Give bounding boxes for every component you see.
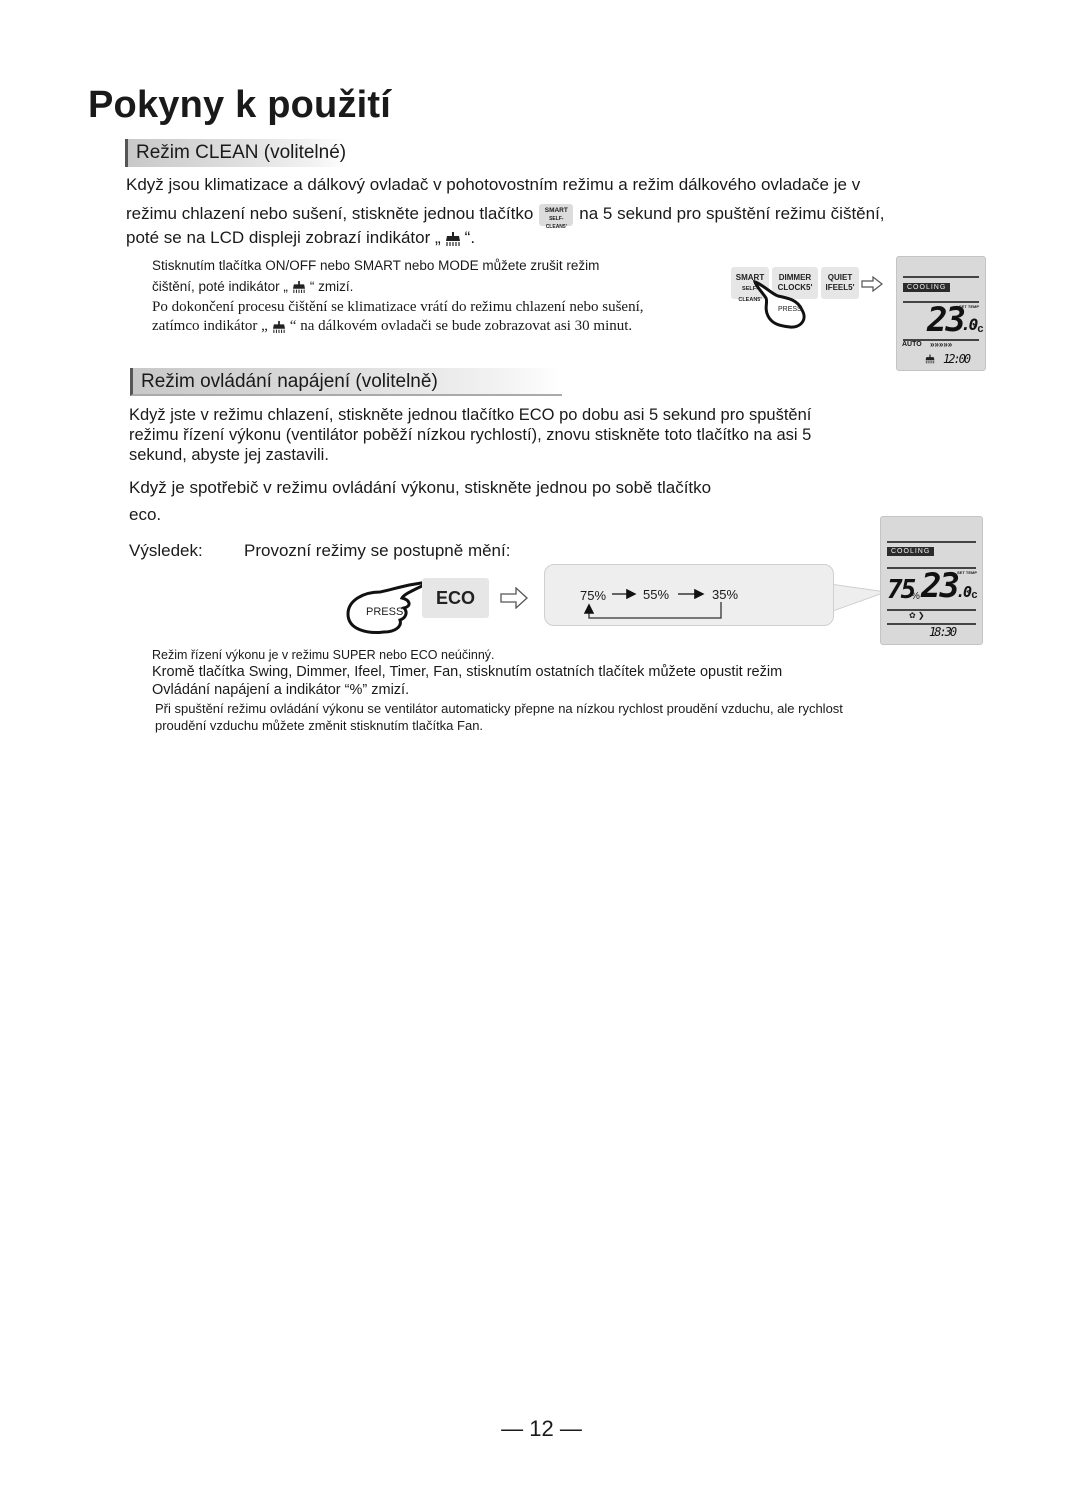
button-label: QUIET [828, 273, 852, 282]
smart-label: SMART [545, 207, 568, 214]
section-heading-clean: Režim CLEAN (volitelné) [125, 139, 347, 167]
clean-paragraph-line2: režimu chlazení nebo sušení, stiskněte j… [126, 202, 885, 226]
clean-paragraph-text: poté se na LCD displeji zobrazí indikáto… [126, 228, 441, 247]
lcd-fan-mode: AUTO [902, 341, 922, 348]
clean-note2-line1: Po dokončení procesu čištění se klimatiz… [152, 297, 644, 317]
pressing-hand-icon [752, 280, 814, 330]
lcd-unit: °c [967, 589, 978, 601]
press-label: PRESS [366, 606, 403, 618]
eco-button[interactable]: ECO [422, 578, 489, 618]
power-note2-line1: Kromě tlačítka Swing, Dimmer, Ifeel, Tim… [152, 664, 782, 681]
lcd-mode-label: COOLING [903, 283, 950, 292]
arrow-right-outline-icon [500, 587, 528, 609]
quiet-ifeel-button[interactable]: QUIETIFEEL5' [821, 267, 859, 299]
clean-brush-icon [445, 232, 461, 246]
arrow-right-outline-icon [861, 276, 883, 292]
result-label: Výsledek: [129, 539, 203, 562]
clean-paragraph-text: na 5 sekund pro spuštění režimu čištění, [579, 204, 884, 223]
note-text: “ zmizí. [310, 279, 354, 294]
power-note1: Režim řízení výkonu je v režimu SUPER ne… [152, 647, 495, 664]
page-number: — 12 — [0, 1416, 1083, 1442]
clean-paragraph-text: “. [465, 228, 475, 247]
power-note2-line2: Ovládání napájení a indikátor “%” zmizí. [152, 682, 409, 699]
lcd-unit: °c [973, 323, 984, 335]
lcd-percent-sign: % [911, 591, 920, 602]
page-title: Pokyny k použití [88, 84, 391, 127]
clean-note1-line1: Stisknutím tlačítka ON/OFF nebo SMART ne… [152, 256, 599, 276]
lcd-temperature: 23 [921, 569, 958, 603]
lcd-fan-speed-bars: »»»»» [930, 340, 952, 349]
clean-paragraph-line1: Když jsou klimatizace a dálkový ovladač … [126, 173, 860, 196]
lcd-divider [903, 276, 979, 278]
lcd-temperature: 23 [927, 303, 964, 337]
clean-brush-icon [272, 321, 286, 333]
clean-paragraph-line3: poté se na LCD displeji zobrazí indikáto… [126, 226, 475, 249]
lcd-divider [887, 609, 976, 611]
lcd-mode-label: COOLING [887, 547, 934, 556]
lcd-clock: 18:30 [929, 625, 955, 639]
clean-note2-line2: zatímco indikátor „“ na dálkovém ovladač… [152, 316, 632, 336]
lcd-set-temp-label: SET TEMP [957, 570, 977, 575]
power-paragraph1-line3: sekund, abyste jej zastavili. [129, 445, 329, 465]
lcd-display-clean: COOLING SET TEMP 23 .0 °c AUTO »»»»» 12:… [896, 256, 986, 371]
lcd-clean-brush-icon [925, 354, 935, 364]
power-paragraph2-line1: Když je spotřebič v režimu ovládání výko… [129, 476, 711, 499]
lcd-divider [887, 541, 976, 543]
button-sublabel: IFEEL5' [825, 283, 854, 292]
section-heading-power: Režim ovládání napájení (volitelně) [130, 368, 562, 396]
power-paragraph1-line1: Když jste v režimu chlazení, stiskněte j… [129, 405, 811, 425]
note-text: čištění, poté indikátor „ [152, 279, 288, 294]
cycle-arrows [580, 584, 740, 624]
self-clean-label: SELF-CLEAN5' [546, 216, 567, 230]
clean-paragraph-text: režimu chlazení nebo sušení, stiskněte j… [126, 204, 533, 223]
note-text: zatímco indikátor „ [152, 318, 268, 334]
bubble-pointer [830, 578, 886, 618]
note-text: “ na dálkovém ovladači se bude zobrazova… [290, 318, 632, 334]
lcd-display-power: COOLING SET TEMP 75 % 23 .0 °c ✿ ❯ 18:30 [880, 516, 983, 645]
power-paragraph2-line2: eco. [129, 503, 161, 526]
power-note3-line1: Při spuštění režimu ovládání výkonu se v… [155, 700, 843, 717]
lcd-clock: 12:00 [943, 352, 969, 366]
result-text: Provozní režimy se postupně mění: [244, 539, 510, 562]
power-paragraph1-line2: režimu řízení výkonu (ventilátor poběží … [129, 425, 811, 445]
clean-brush-icon [292, 281, 306, 293]
smart-self-clean-button-icon: SMARTSELF-CLEAN5' [539, 204, 573, 226]
power-note3-line2: proudění vzduchu můžete změnit stisknutí… [155, 717, 483, 734]
lcd-fan-icon: ✿ ❯ [909, 611, 925, 620]
press-label: PRESS [778, 306, 802, 313]
clean-note1-line2: čištění, poté indikátor „“ zmizí. [152, 277, 353, 297]
